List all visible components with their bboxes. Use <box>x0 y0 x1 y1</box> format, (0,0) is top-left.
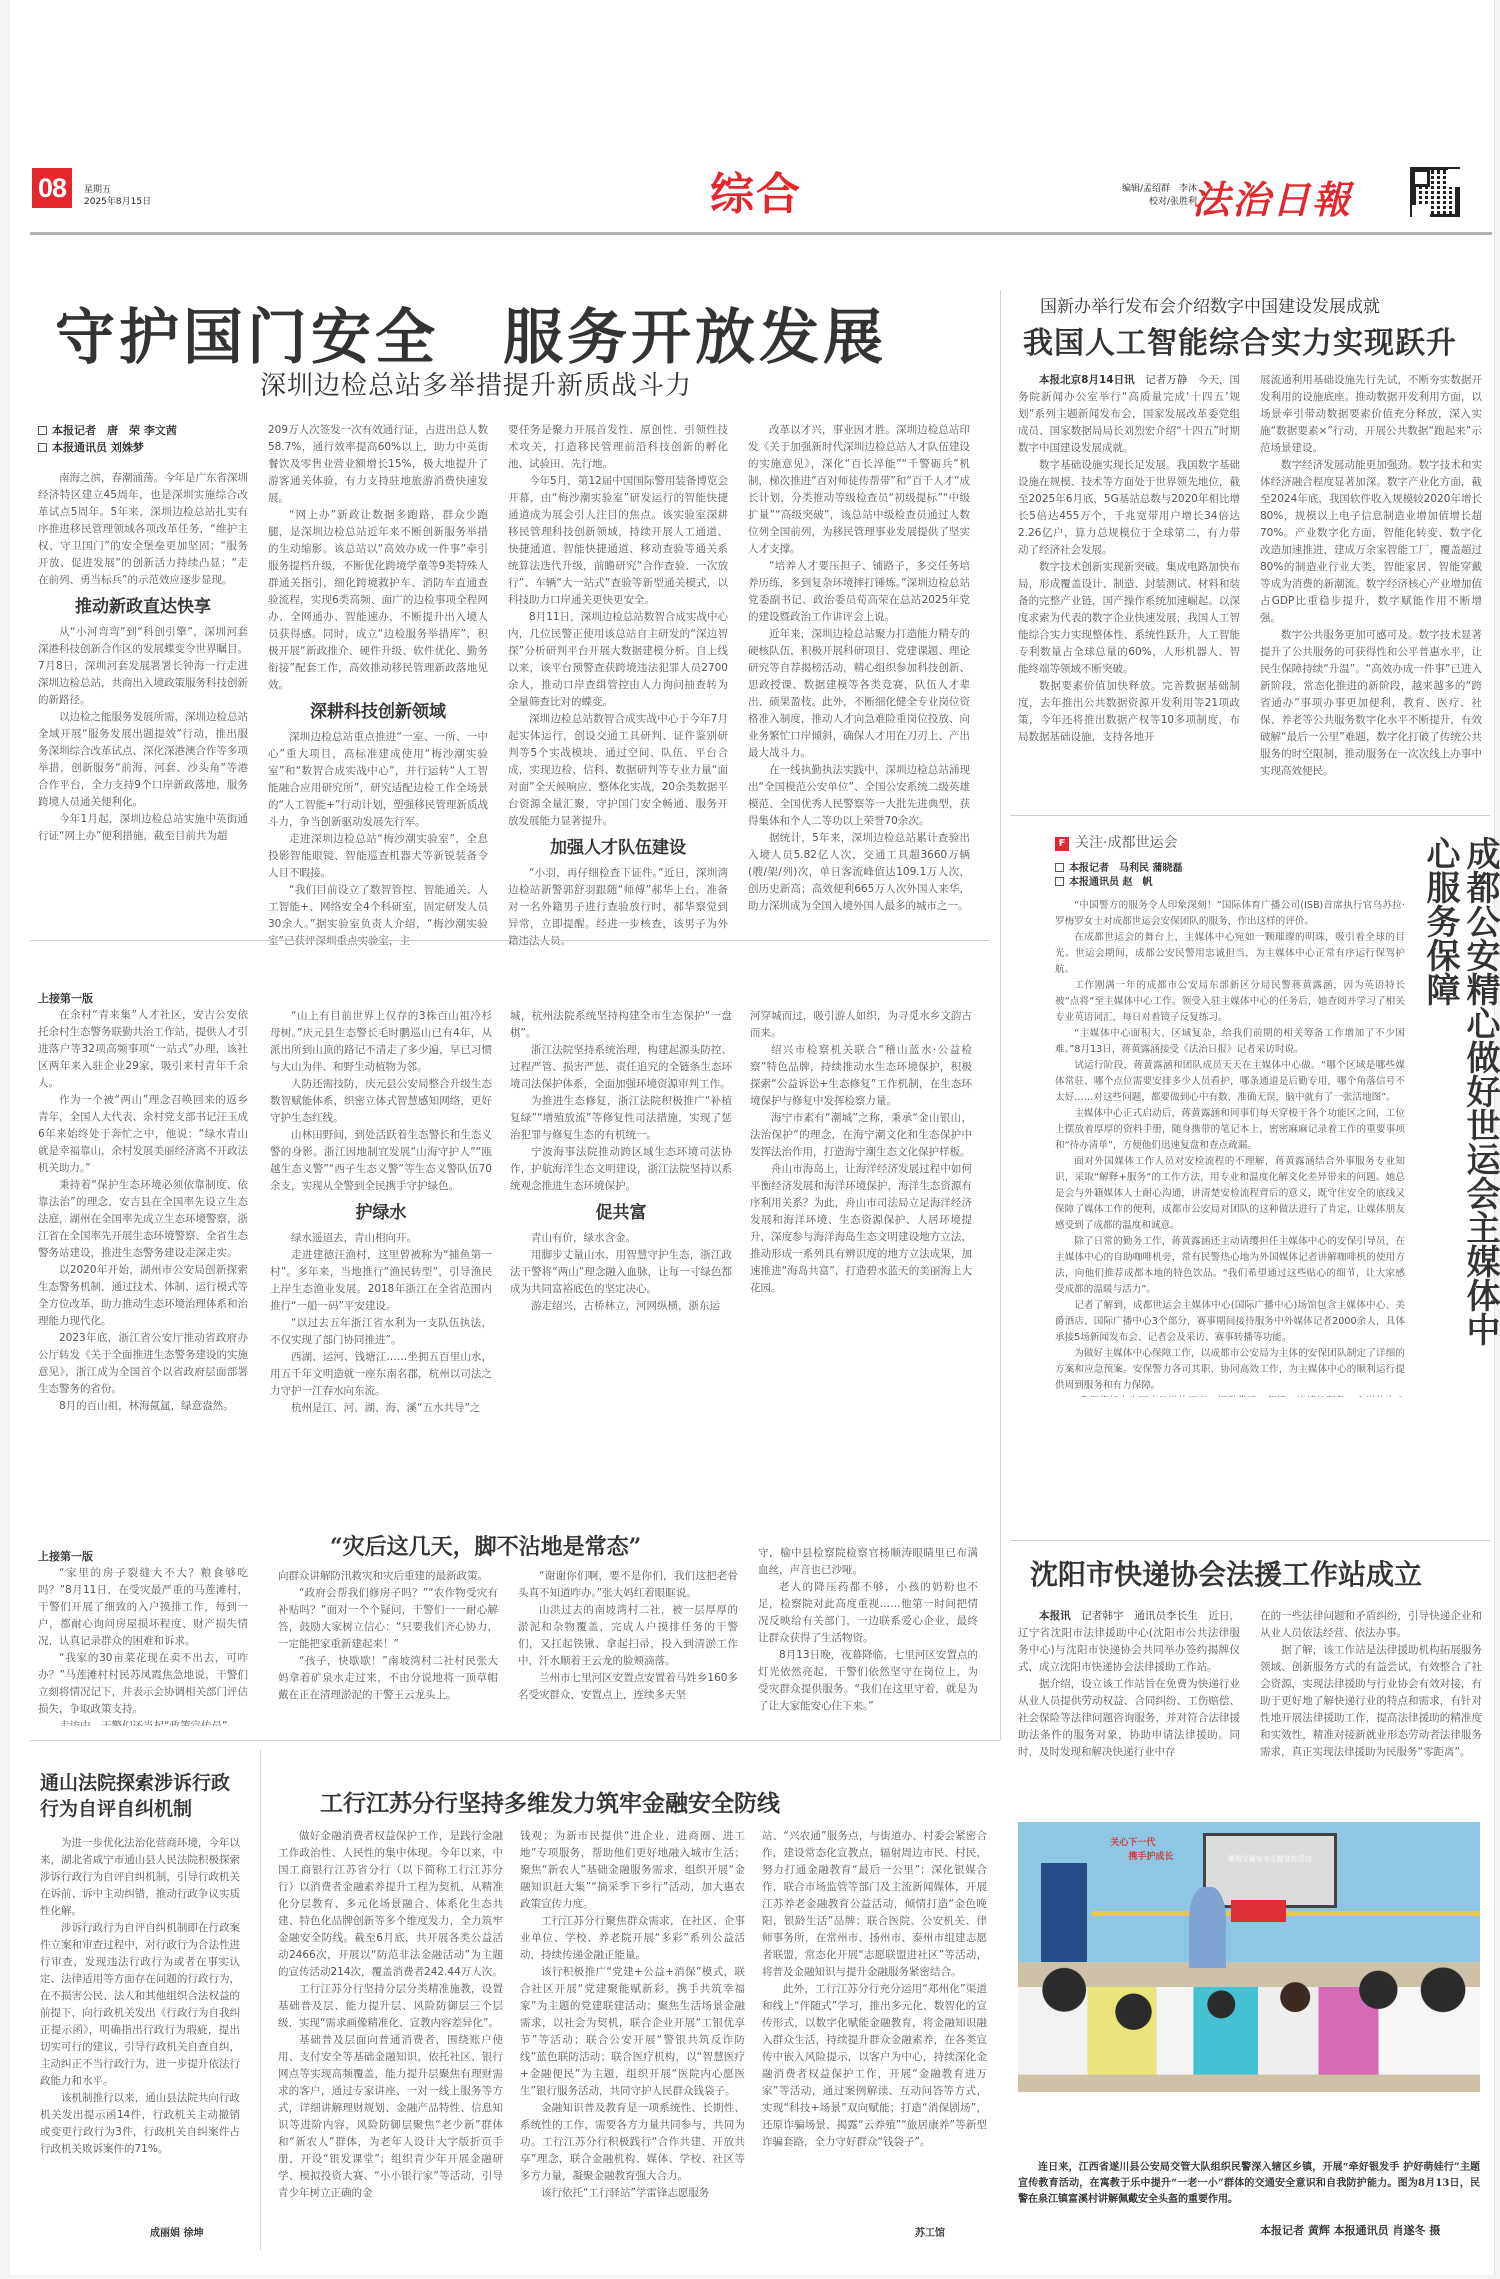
paragraph: 数字经济发展动能更加强劲。数字技术和实体经济融合程度显著加深。数字产业化方面，截… <box>1260 457 1482 627</box>
shenyang-headline: 沈阳市快递协会法援工作站成立 <box>1030 1553 1422 1593</box>
zhejiang-col-2: “山上有目前世界上仅存的3株百山祖冷杉母树。”庆元县生态警长毛时鹏巡山已有4年，… <box>270 1008 492 1508</box>
paragraph: “谢谢你们啊，要不是你们，我们这把老骨头真不知道咋办。”张大妈红着眼眶说。 <box>518 1568 738 1602</box>
paragraph: 据了解，该工作站是法律援助机构拓展服务领域、创新服务方式的有益尝试，有效整合了社… <box>1260 1642 1482 1761</box>
paragraph: 用脚步丈量山水，用智慧守护生态，浙江政法干警将“两山”理念融入血脉，让每一寸绿色… <box>510 1247 732 1298</box>
paragraph: 除了日常的勤务工作，蒋黄露涵还主动请缨担任主媒体中心的安保引导员，在主媒体中心的… <box>1055 1234 1405 1298</box>
paragraph: 西湖、运河、钱塘江……坐拥五百里山水，用五千年文明造就一座东南名郡，杭州以司法之… <box>270 1349 492 1400</box>
paragraph: 涉诉行政行为自评自纠机制即在行政案件立案和审查过程中，对行政行为合法性进行审查，… <box>40 1920 240 2090</box>
ai-headline: 我国人工智能综合实力实现跃升 <box>1023 318 1457 362</box>
paragraph: 深圳边检总站数智合成实战中心于今年7月起实体运行，创设交通工具研判、证件鉴别研判… <box>508 711 728 830</box>
lead-headline: 守护国门安全 服务开放发展 <box>55 290 887 376</box>
photo-credit: 本报记者 黄辉 本报通讯员 肖遂冬 摄 <box>1260 2222 1440 2239</box>
zhejiang-col-1: 上接第一版 在余村“青来集”人才社区，安吉公安依托余村生态警务联勤共治工作站，提… <box>38 990 248 1510</box>
paragraph: 2023年底，浙江省公安厅推动省政府办公厅转发《关于全面推进生态警务建设的实施意… <box>38 1330 248 1398</box>
paragraph: “孩子，快歇歇！”南坡湾村二社村民张大妈拿着矿泉水走过来，不由分说地将一顶草帽戴… <box>278 1653 498 1704</box>
paragraph: 作为一个被“两山”理念召唤回来的返乡青年，全国人大代表、余村党支部书记汪玉成6年… <box>38 1092 248 1177</box>
paragraph: 该行依托“工行驿站”学雷锋志愿服务 <box>520 2185 745 2202</box>
paragraph: 钱观；为新市民提供“进企业、进商圈、进工地”专项服务，帮助他们更好地融入城市生活… <box>520 1828 745 1913</box>
paragraph: 工行江苏分行坚持分层分类精准施教，设置基础普及层、能力提升层、风险防御层三个层级… <box>278 1981 503 2032</box>
paragraph: 杭州是江、河、湖、海、溪“五水共导”之 <box>270 1400 492 1417</box>
photo-caption: 连日来，江西省遂川县公安局交管大队组织民警深入辖区乡镇，开展“牵好银发手 护好萌… <box>1018 2160 1480 2208</box>
shenyang-col-1: 本报讯 记者韩宇 通讯员李长生 近日，辽宁省沈阳市法律援助中心(沈阳市公共法律服… <box>1018 1608 1240 1788</box>
paragraph: 记者了解到，成都世运会主媒体中心(国际广播中心)场馆包含主媒体中心、美爵酒店、国… <box>1055 1298 1405 1346</box>
section-title: 综合 <box>710 165 802 225</box>
editor-credits: 编辑/孟绍群 李沐 校对/张胜利 <box>1122 183 1197 209</box>
byline-reporters: 本报记者 马利民 蒲晓磊 <box>1055 862 1405 876</box>
paragraph: 从“小河弯弯”到“科创引擎”，深圳河套深港科技创新合作区的发展蝶变令世界瞩目。7… <box>38 624 248 709</box>
section-tag: F关注·成都世运会 <box>1055 832 1177 852</box>
paragraph: 基础普及层面向普通消费者，围绕账户使用、支付安全等基础金融知识，依托社区、银行网… <box>278 2032 503 2202</box>
shenyang-col-2: 在的一些法律问题和矛盾纠纷，引导快递企业和从业人员依法经营、依法办事。 据了解，… <box>1260 1608 1482 1788</box>
paragraph: 近年来，深圳边检总站聚力打造能力精专的硬核队伍，积极开展科研项目、党建课题、理论… <box>748 626 970 762</box>
tongshan-author: 成丽娟 徐坤 <box>150 2225 203 2242</box>
ai-col-2: 展流通利用基础设施先行先试，不断夯实数据开发利用的设施底座。推动数据开发利用方面… <box>1260 372 1482 812</box>
paragraph: 走进深圳边检总站“梅沙潮实验室”，全息投影智能眼镜、智能巡查机器犬等新锐装备令人… <box>268 831 488 882</box>
paragraph: 守，榆中县检察院检察官杨顺涛眼睛里已布满血丝，声音也已沙哑。 <box>758 1545 978 1579</box>
paragraph: 8月11日，深圳边检总站数智合成实战中心内，几位民警正使用该总站自主研发的“深边… <box>508 609 728 711</box>
paragraph: “以过去五年浙江省水利为一支队伍执法，不仅实现了部门协同推进”。 <box>270 1315 492 1349</box>
qr-code-icon <box>1410 167 1460 217</box>
paragraph: 数据要素价值加快释放。完善数据基础制度，去年推出公共数据资源开发利用等21项政策… <box>1018 678 1240 746</box>
paragraph: 做好金融消费者权益保护工作，是践行金融工作政治性、人民性的集中体现。今年以来，中… <box>278 1828 503 1981</box>
divider <box>30 940 990 941</box>
paragraph: 人防还需技防，庆元县公安局整合升级生态数智赋能体系，织密立体式智慧感知网络，更好… <box>270 1076 492 1127</box>
paragraph: 金融知识普及教育是一项系统性、长期性、系统性的工作，需要各方力量共同参与，共同为… <box>520 2100 745 2185</box>
paragraph: 河穿城而过，吸引游人如织，为寻觅水乡文韵古而来。 <box>750 1008 972 1042</box>
masthead-logo: 法治日報 <box>1192 169 1352 224</box>
paragraph: 宁波海事法院推动跨区域生态环境司法协作，护航海洋生态文明建设，浙江法院坚持以系统… <box>510 1144 732 1195</box>
paragraph: 山林田野间，到处活跃着生态警长和生态义警的身影。浙江因地制宜发展“山海守护人”“… <box>270 1127 492 1195</box>
paragraph: 数字技术创新实现新突破。集成电路加快布局，形成覆盖设计、制造、封装测试、材料和装… <box>1018 559 1240 678</box>
paragraph: 要任务是聚力开展首发性、原创性、引领性技术攻关，打造移民管理前沿科技创新的孵化池… <box>508 422 728 473</box>
paragraph: 面对外国媒体工作人员对安检流程的不理解，蒋黄露涵结合外事服务专业知识，采取“解释… <box>1055 1154 1405 1234</box>
paragraph: “山上有目前世界上仅存的3株百山祖冷杉母树。”庆元县生态警长毛时鹏巡山已有4年，… <box>270 1008 492 1076</box>
icbc-col-3: 站、“兴农通”服务点，与街道办、村委会紧密合作，建设常态化宣教点，辐射周边市民、… <box>762 1828 987 2223</box>
paragraph: 为进一步优化法治化营商环境，今年以来，湖北省咸宁市通山县人民法院积极探索涉诉行政… <box>40 1835 240 1920</box>
paragraph: 数字公共服务更加可感可及。数字技术显著提升了公共服务的可获得性和公平普惠水平，让… <box>1260 627 1482 780</box>
byline-correspondent: 本报通讯员 赵 帆 <box>1055 876 1405 890</box>
paragraph: 在余村“青来集”人才社区，安吉公安依托余村生态警务联勤共治工作站，提供人才引进落… <box>38 1007 248 1092</box>
byline-reporters: 本报记者 唐 荣 李文茜 <box>38 422 248 439</box>
paragraph: 工行江苏分行聚焦群众需求，在社区、企事业单位、学校、养老院开展“多彩”系列公益活… <box>520 1913 745 1964</box>
lead-subheadline: 深圳边检总站多举措提升新质战斗力 <box>260 365 692 402</box>
paragraph: 此外，工行江苏分行充分运用“郑州化”渠道和线上“伴随式”学习，推出多元化、数智化… <box>762 1981 987 2151</box>
paragraph: 舟山市海岛上，让海洋经济发展过程中如何平衡经济发展和海洋环境保护，海洋生态资源有… <box>750 1161 972 1297</box>
byline-correspondent: 本报通讯员 刘姝梦 <box>38 439 248 456</box>
paragraph: 海宁市素有“潮城”之称，秉承“金山银山，法治保护”的理念，在海宁潮文化和生态保护… <box>750 1110 972 1161</box>
chengdu-vertical-headline: 成都公安精心做好世运会主媒体中心服务保障 <box>1420 836 1500 1376</box>
disaster-col-4: 守，榆中县检察院检察官杨顺涛眼睛里已布满血丝，声音也已沙哑。 老人的降压药都不够… <box>758 1545 978 1728</box>
paragraph: 为推进生态修复，浙江法院积极推广“补植复绿”“增殖放流”等修复性司法措施，实现了… <box>510 1093 732 1144</box>
paragraph: 据介绍，设立该工作站旨在免费为快递行业从业人员提供劳动权益、合同纠纷、工伤赔偿、… <box>1018 1676 1240 1761</box>
proofreader: 校对/张胜利 <box>1122 196 1197 209</box>
paragraph: 绍兴市检察机关联合“稽山蓝水·公益检察”特色品牌，持续推动水生态环境保护，积极探… <box>750 1042 972 1110</box>
icbc-author: 苏工馆 <box>915 2225 945 2242</box>
divider <box>1000 290 1001 1740</box>
tongshan-headline: 通山法院探索涉诉行政行为自评自纠机制 <box>40 1770 240 1822</box>
lead-col-3: 要任务是聚力开展首发性、原创性、引领性技术攻关，打造移民管理前沿科技创新的孵化池… <box>508 422 728 950</box>
paragraph: 绿水遥迢去，青山相向开。 <box>270 1230 492 1247</box>
page-header: 08 星期五 2025年8月15日 综合 编辑/孟绍群 李沐 校对/张胜利 法治… <box>22 165 1492 225</box>
paragraph: 老人的降压药都不够，小孩的奶粉也不足，检察院对此高度重视……他第一时间把情况反映… <box>758 1579 978 1647</box>
paragraph: 8月13日晚，夜幕降临，七里河区安置点的灯光依然亮起，干警们依然坚守在岗位上，为… <box>758 1647 978 1715</box>
photo-screen: 暑期交通安全主题宣传活动 <box>1203 1833 1337 1909</box>
paragraph: “我家的30亩菜花现在卖不出去，可咋办？”马莲滩村村民苏凤霞焦急地说，干警们立刻… <box>38 1650 248 1718</box>
photo-slogan: 关心下一代 携手护成长 <box>1110 1836 1173 1864</box>
chengdu-body: 本报记者 马利民 蒲晓磊 本报通讯员 赵 帆 “中国警方的服务令人印象深刻！”国… <box>1055 862 1405 1397</box>
issue-date: 2025年8月15日 <box>84 194 151 207</box>
paragraph: 在的一些法律问题和矛盾纠纷，引导快递企业和从业人员依法经营、依法办事。 <box>1260 1608 1482 1642</box>
newspaper-page: 08 星期五 2025年8月15日 综合 编辑/孟绍群 李沐 校对/张胜利 法治… <box>10 0 1495 2275</box>
square-icon <box>38 426 47 435</box>
paragraph: 向群众讲解防汛救灾和灾后重建的最新政策。 <box>278 1568 498 1585</box>
paragraph: 南海之滨，春潮涌荡。今年是广东省深圳经济特区建立45周年，也是深圳实施综合改革试… <box>38 470 248 589</box>
correspondent: 通讯员李长生 <box>1134 1610 1198 1622</box>
paragraph: 在一线执勤执法实践中，深圳边检总站涌现出“全国模范公安单位”、全国公安系统二级英… <box>748 762 970 830</box>
ai-col-1: 本报北京8月14日讯 记者万静 今天，国务院新闻办公室举行“高质量完成‘十四五’… <box>1018 372 1240 812</box>
disaster-col-2: 向群众讲解防汛救灾和灾后重建的最新政策。 “政府会帮我们修房子吗？”“农作物受灾… <box>278 1568 498 1728</box>
lead-col-1: 本报记者 唐 荣 李文茜 本报通讯员 刘姝梦 南海之滨，春潮涌荡。今年是广东省深… <box>38 422 248 845</box>
paragraph: 为做好主媒体中心保障工作，以成都市公安局为主体的安保团队制定了详细的方案和应急预… <box>1055 1346 1405 1394</box>
lead-col-4: 改革以才兴，事业因才胜。深圳边检总站印发《关于加强新时代深圳边检总站人才队伍建设… <box>748 422 970 932</box>
paragraph: 该机制推行以来，通山县法院共向行政机关发出提示函14件，行政机关主动撤销或变更行… <box>40 2090 240 2158</box>
divider <box>1010 1540 1490 1541</box>
square-icon <box>38 443 47 452</box>
paragraph: 主媒体中心正式启动后，蒋黄露涵和同事们每天穿梭于各个功能区之间，工位上摆放着厚厚… <box>1055 1106 1405 1154</box>
paragraph: “网上办”新政让数据多跑路，群众少跑腿，是深圳边检总站近年来不断创新服务举措的生… <box>268 507 488 694</box>
icbc-col-2: 钱观；为新市民提供“进企业、进商圈、进工地”专项服务，帮助他们更好地融入城市生活… <box>520 1828 745 2238</box>
paragraph: 在成都世运会的舞台上，主媒体中心宛如一颗璀璨的明珠，吸引着全球的目光。世运会期间… <box>1055 930 1405 978</box>
paragraph: 工作刚满一年的成都市公安局东部新区分局民警蒋黄露涵，因为英语特长被“点将”至主媒… <box>1055 978 1405 1026</box>
paragraph: 今天，国务院新闻办公室举行“高质量完成‘十四五’规划”系列主题新闻发布会，国家发… <box>1018 374 1240 454</box>
icbc-headline: 工行江苏分行坚持多维发力筑牢金融安全防线 <box>320 1785 780 1818</box>
header-rule <box>30 232 1492 235</box>
lead-col-2: 209万人次签发一次有效通行证，占进出总人数58.7%，通行效率提高60%以上，… <box>268 422 488 950</box>
divider <box>1010 815 1490 816</box>
dateline: 本报北京8月14日讯 <box>1039 374 1135 386</box>
paragraph: 山洪过去的南坡湾村二社，被一层厚厚的淤泥和杂物覆盖，完成人户摸排任务的干警们，又… <box>518 1602 738 1670</box>
paragraph: 浙江法院坚持系统治理，构建起源头防控、过程严管、损害严惩、责任追究的全链条生态环… <box>510 1042 732 1093</box>
square-icon <box>1055 863 1064 872</box>
disaster-col-3: “谢谢你们啊，要不是你们，我们这把老骨头真不知道咋办。”张大妈红着眼眶说。 山洪… <box>518 1568 738 1728</box>
photo-sign <box>1231 1900 1286 1922</box>
photo-audience <box>1018 1946 1480 2092</box>
paragraph: 走访中，干警们还当起“政策宣传员”， <box>38 1718 248 1726</box>
paragraph: “中国警方的服务令人印象深刻！”国际体育广播公司(ISB)首席执行官乌苏拉·罗梅… <box>1055 898 1405 930</box>
subhead: 推动新政直达快享 <box>38 599 248 616</box>
continued-label: 上接第一版 <box>38 990 248 1007</box>
icbc-col-1: 做好金融消费者权益保护工作，是践行金融工作政治性、人民性的集中体现。今年以来，中… <box>278 1828 503 2238</box>
subhead: 加强人才队伍建设 <box>508 840 728 857</box>
disaster-headline: “灾后这几天，脚不沾地是常态” <box>330 1530 641 1561</box>
tag-icon: F <box>1055 837 1069 851</box>
news-photo: 暑期交通安全主题宣传活动 关心下一代 携手护成长 <box>1018 1822 1480 2092</box>
paragraph: “我们将努力为国内外媒体记者，提供优质、便捷、热情的服务。”主媒体中心安保消防经… <box>1055 1394 1405 1397</box>
paragraph: 今年1月起，深圳边检总站实施中英街通行证“网上办”便利措施，截至目前共为超 <box>38 811 248 845</box>
paragraph: 以2020年开始，湖州市公安局创新探索生态警务机制，通过技术、体制、运行模式等全… <box>38 1262 248 1330</box>
divider <box>260 1750 261 2250</box>
paragraph: 城，杭州法院系统坚持构建全市生态保护“一盘棋”。 <box>510 1008 732 1042</box>
ai-kicker: 国新办举行发布会介绍数字中国建设发展成就 <box>1040 292 1380 317</box>
paragraph: “政府会帮我们修房子吗？”“农作物受灾有补贴吗？”面对一个个疑问，干警们一一耐心… <box>278 1585 498 1653</box>
paragraph: 秉持着“保护生态环境必须依靠制度、依靠法治”的理念，安吉县在全国率先设立生态法庭… <box>38 1177 248 1262</box>
subhead: 促共富 <box>510 1205 732 1222</box>
paragraph: 209万人次签发一次有效通行证，占进出总人数58.7%，通行效率提高60%以上，… <box>268 422 488 507</box>
divider <box>30 1740 1000 1741</box>
paragraph: “小羽，再仔细检查下证件。”近日，深圳湾边检站新警郭舒羽跟随“师傅”郝华上台，准… <box>508 865 728 950</box>
square-icon <box>1055 877 1064 886</box>
paragraph: 深圳边检总站重点推进“一室、一所、一中心”重大项目，高标准建成使用“梅沙潮实验室… <box>268 729 488 831</box>
paragraph: “主媒体中心面积大、区域复杂，给我们前期的相关筹备工作增加了不少困难。”8月13… <box>1055 1026 1405 1058</box>
paragraph: 站、“兴农通”服务点，与街道办、村委会紧密合作，建设常态化宣教点，辐射周边市民、… <box>762 1828 987 1981</box>
zhejiang-col-3: 城，杭州法院系统坚持构建全市生态保护“一盘棋”。 浙江法院坚持系统治理，构建起源… <box>510 1008 732 1508</box>
dateline: 本报讯 <box>1039 1610 1071 1622</box>
paragraph: 走进建德汪渔村，这里曾被称为“捕鱼第一村”。多年来，当地推行“渔民转型”，引导渔… <box>270 1247 492 1315</box>
paragraph: 兰州市七里河区安置点安置着马姓乡160多名受灾群众，安置点上，连续多天坚 <box>518 1670 738 1704</box>
paragraph: “培养人才要压担子、铺路子，多交任务培养历练，多到复杂环境摔打锤炼。”深圳边检总… <box>748 558 970 626</box>
paragraph: 青山有价，绿水含金。 <box>510 1230 732 1247</box>
tongshan-body: 为进一步优化法治化营商环境，今年以来，湖北省咸宁市通山县人民法院积极探索涉诉行政… <box>40 1835 240 2225</box>
continued-label: 上接第一版 <box>38 1548 248 1565</box>
editors: 编辑/孟绍群 李沐 <box>1122 183 1197 196</box>
paragraph: 改革以才兴，事业因才胜。深圳边检总站印发《关于加强新时代深圳边检总站人才队伍建设… <box>748 422 970 558</box>
paragraph: 据统计，5年来，深圳边检总站累计查验出入境人员5.82亿人次，交通工具超3660… <box>748 830 970 915</box>
paragraph: 今年5月，第12届中国国际警用装备博览会开幕，由“梅沙潮实验室”研发运行的智能快… <box>508 473 728 609</box>
paragraph: 游走绍兴，古桥林立，河网纵横，浙东运 <box>510 1298 732 1315</box>
disaster-col-1: 上接第一版 “家里的房子裂缝大不大？粮食够吃吗？”8月11日，在受灾最严重的马莲… <box>38 1548 248 1726</box>
paragraph: 以边检之能服务发展所需，深圳边检总站全域开展“服务发展出题提效”行动，推出服务深… <box>38 709 248 811</box>
paragraph: 该行积极推广“党建+公益+消保”模式，联合社区开展“党建聚能赋新彩，携手共筑幸福… <box>520 1964 745 2100</box>
paragraph: 数字基础设施实现长足发展。我国数字基础设施在规模、技术等方面处于世界领先地位，截… <box>1018 457 1240 559</box>
subhead: 深耕科技创新领域 <box>268 704 488 721</box>
page-number-badge: 08 <box>32 168 72 208</box>
reporter: 记者韩宇 <box>1081 1610 1123 1622</box>
paragraph: 展流通利用基础设施先行先试，不断夯实数据开发利用的设施底座。推动数据开发利用方面… <box>1260 372 1482 457</box>
paragraph: 试运行阶段，蒋黄露涵和团队成员天天在主媒体中心做。“哪个区域是哪些媒体常驻、哪个… <box>1055 1058 1405 1106</box>
reporter: 记者万静 <box>1145 374 1187 386</box>
paragraph: “家里的房子裂缝大不大？粮食够吃吗？”8月11日，在受灾最严重的马莲滩村，干警们… <box>38 1565 248 1650</box>
paragraph: 8月的百山祖，林海氤氲，绿意盎然。 <box>38 1398 248 1415</box>
zhejiang-col-4: 河穿城而过，吸引游人如织，为寻觅水乡文韵古而来。 绍兴市检察机关联合“稽山蓝水·… <box>750 1008 972 1508</box>
subhead: 护绿水 <box>270 1205 492 1222</box>
